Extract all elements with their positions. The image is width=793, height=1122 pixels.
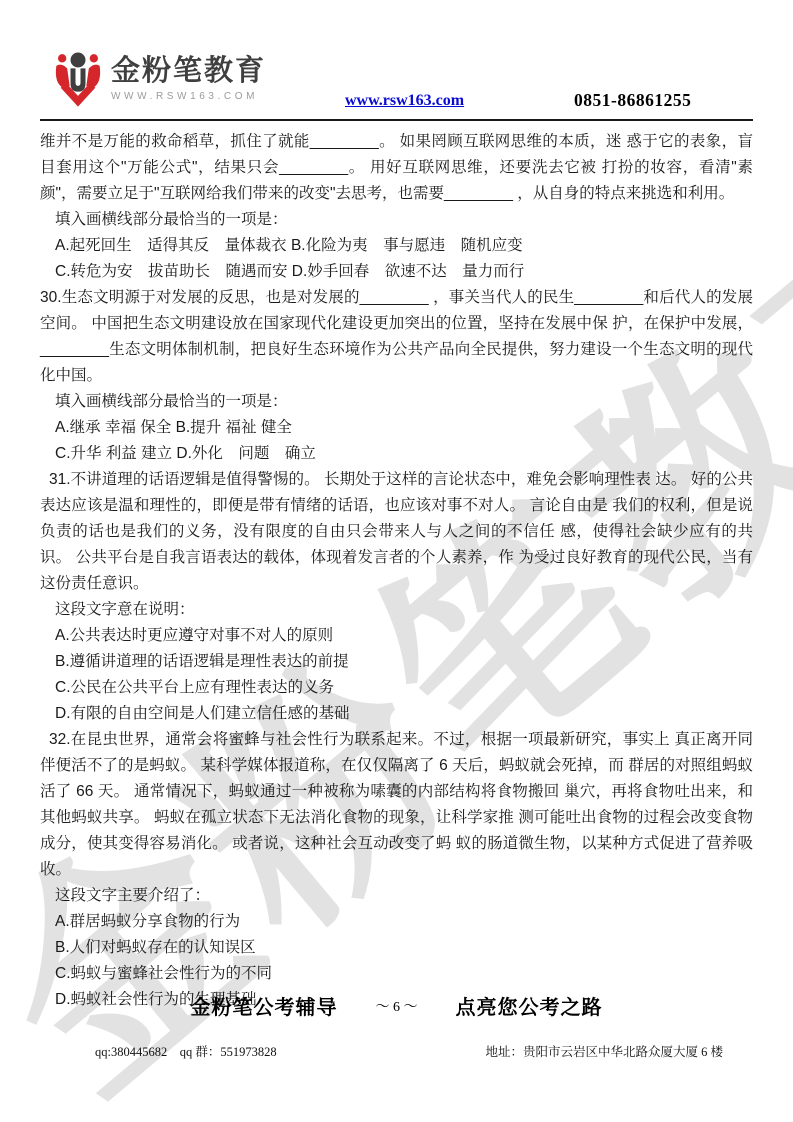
question-31-passage: 31.不讲道理的话语逻辑是值得警惕的。 长期处于这样的言论状态中，难免会影响理性… (40, 467, 753, 597)
logo-text: 金粉笔教育 WWW.RSW163.COM (111, 56, 266, 102)
header-divider (40, 119, 753, 121)
footer-tagline: 金粉笔公考辅导 ～ 6 ～ 点亮您公考之路 (0, 991, 793, 1020)
exam-questions: 维并不是万能的救命稻草，抓住了就能________。 如果罔顾互联网思维的本质，… (40, 129, 753, 1013)
phone-number: 0851-86861255 (574, 90, 691, 111)
question-29-prompt: 填入画横线部分最恰当的一项是： (40, 207, 753, 233)
logo-emblem-icon (53, 48, 103, 112)
logo-website-caption: WWW.RSW163.COM (111, 91, 266, 102)
question-32-option-b: B.人们对蚂蚁存在的认知误区 (40, 935, 753, 961)
question-30-passage: 30.生态文明源于对发展的反思，也是对发展的________ ，事关当代人的民生… (40, 285, 753, 389)
question-29-options-ab: A.起死回生 适得其反 量体裁衣 B.化险为夷 事与愿违 随机应变 (40, 233, 753, 259)
question-31-option-d: D.有限的自由空间是人们建立信任感的基础 (40, 701, 753, 727)
question-29-passage-continuation: 维并不是万能的救命稻草，抓住了就能________。 如果罔顾互联网思维的本质，… (40, 129, 753, 207)
website-link[interactable]: www.rsw163.com (345, 92, 464, 110)
footer-contact: qq:380445682 qq 群：551973828 地址：贵阳市云岩区中华北… (0, 1042, 793, 1060)
question-32-option-c: C.蚂蚁与蜜蜂社会性行为的不同 (40, 961, 753, 987)
question-31-option-c: C.公民在公共平台上应有理性表达的义务 (40, 675, 753, 701)
question-32-passage: 32.在昆虫世界，通常会将蜜蜂与社会性行为联系起来。不过，根据一项最新研究，事实… (40, 727, 753, 883)
footer-address-info: 地址：贵阳市云岩区中华北路众厦大厦 6 楼 (485, 1042, 723, 1060)
question-32-prompt: 这段文字主要介绍了： (40, 883, 753, 909)
question-31-option-b: B.遵循讲道理的话语逻辑是理性表达的前提 (40, 649, 753, 675)
question-29-options-cd: C.转危为安 拔苗助长 随遇而安 D.妙手回春 欲速不达 量力而行 (40, 259, 753, 285)
logo: 金粉笔教育 WWW.RSW163.COM (53, 48, 266, 112)
question-30-options-ab: A.继承 幸福 保全 B.提升 福祉 健全 (40, 415, 753, 441)
footer-qq-info: qq:380445682 qq 群：551973828 (95, 1042, 277, 1060)
question-31-prompt: 这段文字意在说明： (40, 597, 753, 623)
logo-brand-text: 金粉笔教育 (111, 56, 266, 88)
question-32-option-a: A.群居蚂蚁分享食物的行为 (40, 909, 753, 935)
footer-brand-text: 金粉笔公考辅导 (191, 991, 338, 1020)
question-30-prompt: 填入画横线部分最恰当的一项是： (40, 389, 753, 415)
footer-slogan-text: 点亮您公考之路 (456, 991, 603, 1020)
question-30-options-cd: C.升华 利益 建立 D.外化 问题 确立 (40, 441, 753, 467)
question-31-option-a: A.公共表达时更应遵守对事不对人的原则 (40, 623, 753, 649)
page-number: ～ 6 ～ (376, 996, 418, 1016)
